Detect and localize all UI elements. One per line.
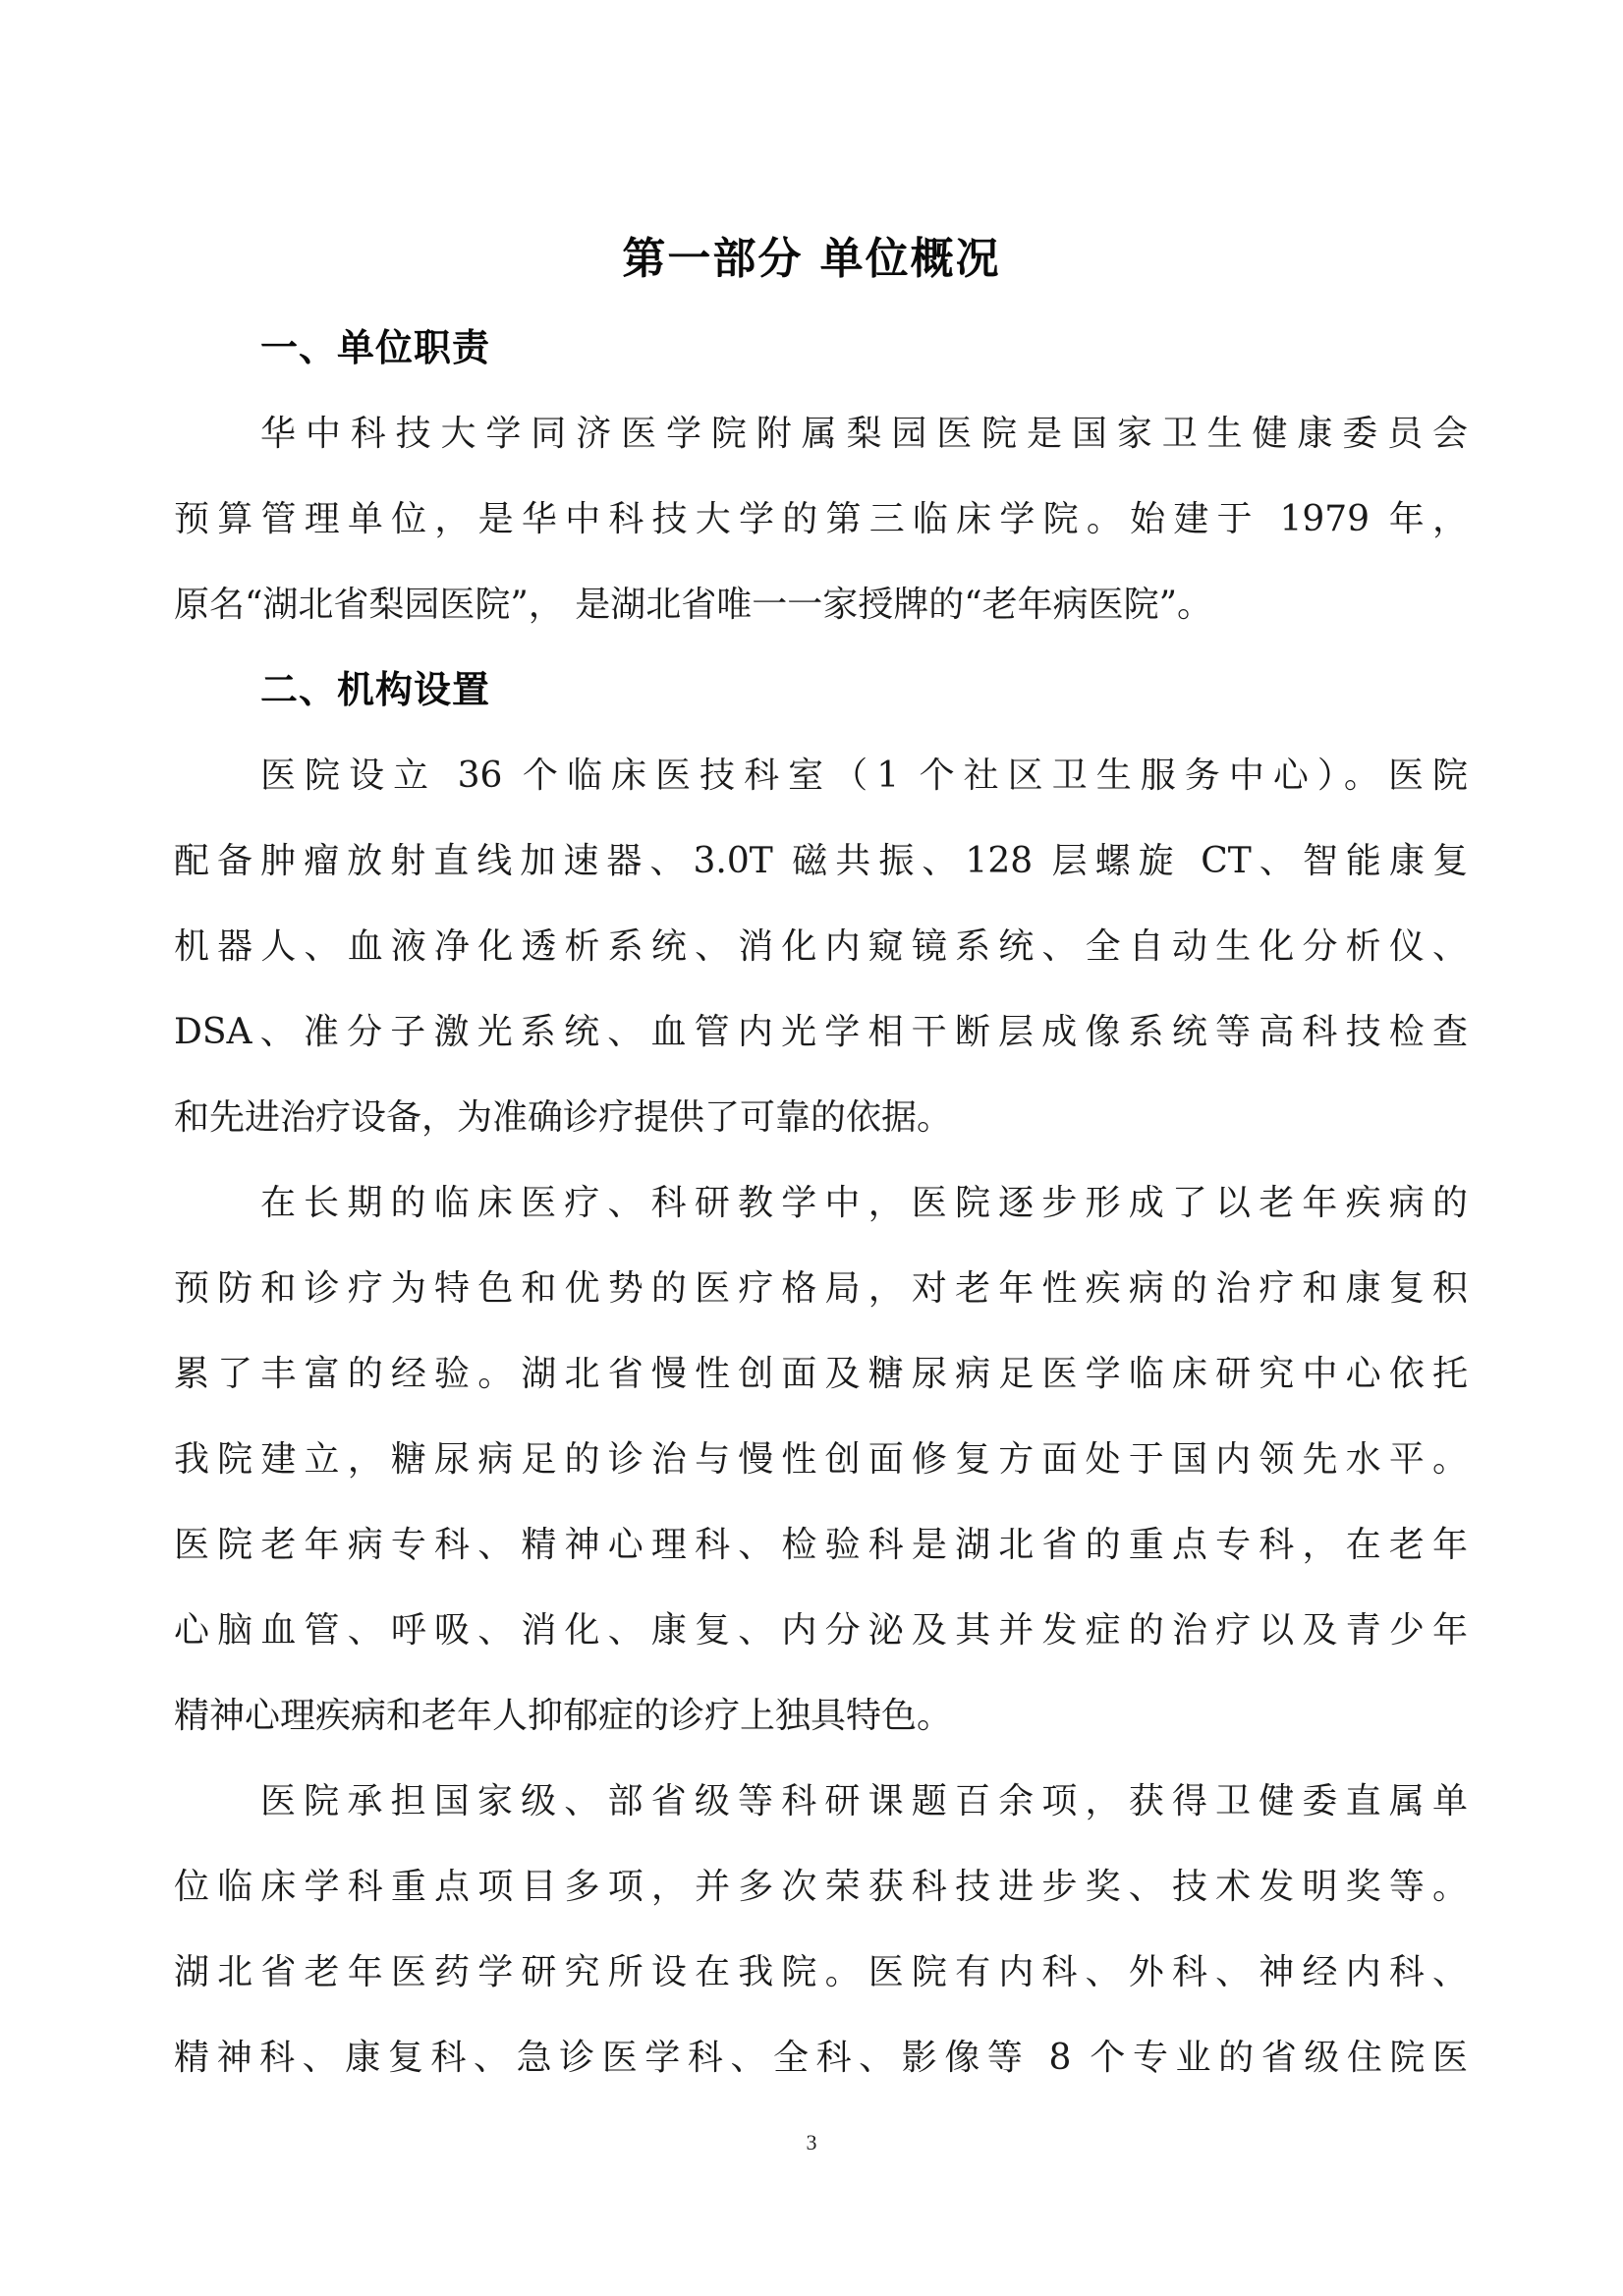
text-line: 和先进治疗设备，为准确诊疗提供了可靠的依据。 bbox=[174, 1075, 1468, 1160]
document-title: 第一部分 单位概况 bbox=[0, 228, 1623, 291]
paragraph: 医院承担国家级、部省级等科研课题百余项，获得卫健委直属单 位临床学科重点项目多项… bbox=[174, 1759, 1468, 2100]
text-line: 医院老年病专科、精神心理科、检验科是湖北省的重点专科，在老年 bbox=[174, 1502, 1468, 1588]
text-line: 累了丰富的经验。湖北省慢性创面及糖尿病足医学临床研究中心依托 bbox=[174, 1331, 1468, 1417]
document-body: 一、单位职责 华中科技大学同济医学院附属梨园医院是国家卫生健康委员会 预算管理单… bbox=[174, 306, 1468, 2100]
text-line: 位临床学科重点项目多项，并多次荣获科技进步奖、技术发明奖等。 bbox=[174, 1844, 1468, 1930]
text-line: 湖北省老年医药学研究所设在我院。医院有内科、外科、神经内科、 bbox=[174, 1930, 1468, 2015]
text-line: 华中科技大学同济医学院附属梨园医院是国家卫生健康委员会 bbox=[174, 391, 1468, 476]
section-heading: 二、机构设置 bbox=[174, 647, 1468, 733]
text-line: 医院设立 36 个临床医技科室（1 个社区卫生服务中心）。医院 bbox=[174, 733, 1468, 818]
text-line: 我院建立，糖尿病足的诊治与慢性创面修复方面处于国内领先水平。 bbox=[174, 1417, 1468, 1502]
paragraph: 医院设立 36 个临床医技科室（1 个社区卫生服务中心）。医院 配备肿瘤放射直线… bbox=[174, 733, 1468, 1160]
text-line: 机器人、血液净化透析系统、消化内窥镜系统、全自动生化分析仪、 bbox=[174, 904, 1468, 989]
page-number: 3 bbox=[0, 2128, 1623, 2157]
text-line: 在长期的临床医疗、科研教学中，医院逐步形成了以老年疾病的 bbox=[174, 1160, 1468, 1246]
text-line: 预算管理单位，是华中科技大学的第三临床学院。始建于 1979 年， bbox=[174, 476, 1468, 562]
text-line: 心脑血管、呼吸、消化、康复、内分泌及其并发症的治疗以及青少年 bbox=[174, 1588, 1468, 1673]
text-line: DSA、准分子激光系统、血管内光学相干断层成像系统等高科技检查 bbox=[174, 989, 1468, 1075]
section-unit-responsibilities: 一、单位职责 华中科技大学同济医学院附属梨园医院是国家卫生健康委员会 预算管理单… bbox=[174, 306, 1468, 647]
section-heading: 一、单位职责 bbox=[174, 306, 1468, 391]
text-line: 精神科、康复科、急诊医学科、全科、影像等 8 个专业的省级住院医 bbox=[174, 2015, 1468, 2100]
text-line: 医院承担国家级、部省级等科研课题百余项，获得卫健委直属单 bbox=[174, 1759, 1468, 1844]
document-page: 第一部分 单位概况 一、单位职责 华中科技大学同济医学院附属梨园医院是国家卫生健… bbox=[0, 0, 1623, 2296]
section-organization: 二、机构设置 医院设立 36 个临床医技科室（1 个社区卫生服务中心）。医院 配… bbox=[174, 647, 1468, 2100]
text-line: 精神心理疾病和老年人抑郁症的诊疗上独具特色。 bbox=[174, 1673, 1468, 1759]
paragraph: 在长期的临床医疗、科研教学中，医院逐步形成了以老年疾病的 预防和诊疗为特色和优势… bbox=[174, 1160, 1468, 1759]
text-line: 原名“湖北省梨园医院”， 是湖北省唯一一家授牌的“老年病医院”。 bbox=[174, 562, 1468, 647]
text-line: 预防和诊疗为特色和优势的医疗格局，对老年性疾病的治疗和康复积 bbox=[174, 1246, 1468, 1331]
text-line: 配备肿瘤放射直线加速器、3.0T 磁共振、128 层螺旋 CT、智能康复 bbox=[174, 818, 1468, 904]
paragraph: 华中科技大学同济医学院附属梨园医院是国家卫生健康委员会 预算管理单位，是华中科技… bbox=[174, 391, 1468, 647]
